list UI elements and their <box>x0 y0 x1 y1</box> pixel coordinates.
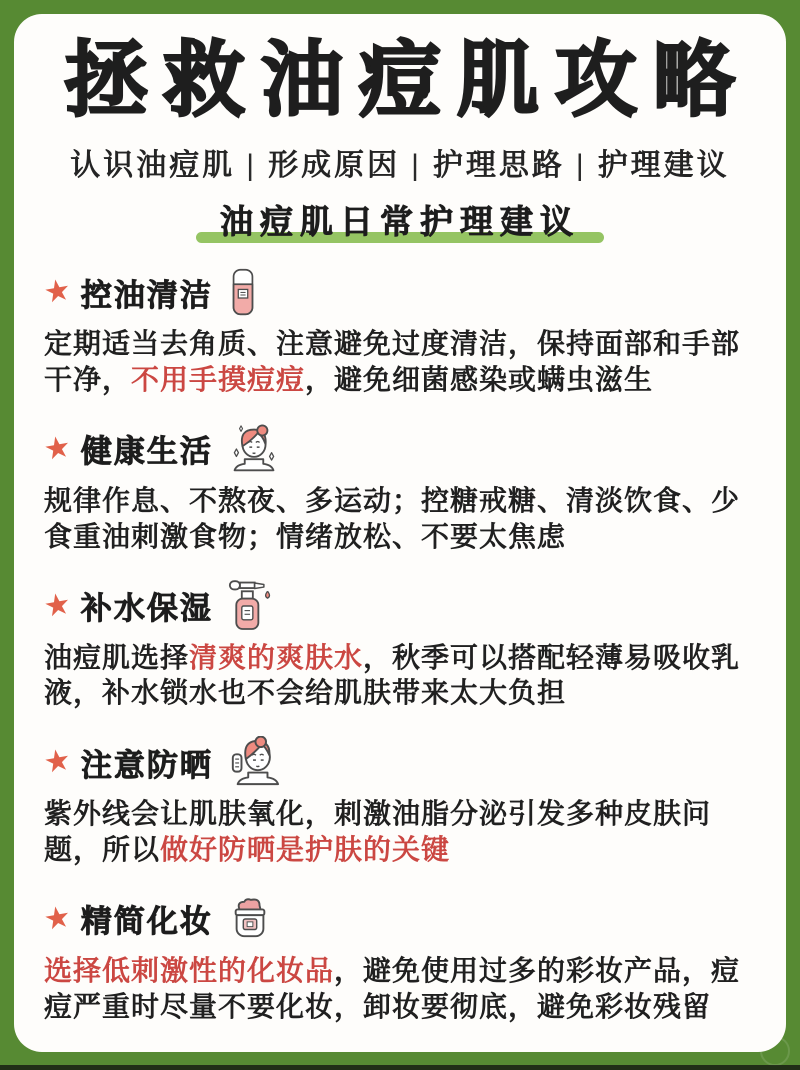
section-healthy-life: ★ 健康生活 <box>44 424 756 555</box>
subtitle-item: 形成原因 <box>268 149 400 182</box>
section-body: 定期适当去角质、注意避免过度清洁，保持面部和手部干净，不用手摸痘痘，避免细菌感染… <box>44 326 756 398</box>
banner-text: 油痘肌日常护理建议 <box>220 203 580 240</box>
subtitle-item: 护理建议 <box>598 149 730 182</box>
section-hydration-moisturizing: ★ 补水保湿 油痘肌选择清 <box>44 581 756 712</box>
section-header-row: ★ 补水保湿 <box>44 581 756 631</box>
subtitle-item: 认识油痘肌 <box>70 149 235 182</box>
body-text-segment: 清爽的爽肤水 <box>189 642 363 673</box>
star-icon: ★ <box>42 589 74 623</box>
section-title: 补水保湿 <box>81 583 213 628</box>
section-title: 注意防晒 <box>81 740 213 785</box>
dropper-bottle-icon <box>228 579 274 633</box>
section-minimal-makeup: ★ 精简化妆 选择低刺激性的化妆品，避免使用过多的彩妆产品，痘痘严重时尽量不要化… <box>44 894 756 1025</box>
section-oil-control-cleansing: ★ 控油清洁 定期适当去角质、注意避免过度清洁，保持面部和手部干净，不用手摸痘痘… <box>44 267 756 398</box>
subtitle-item: 护理思路 <box>433 149 565 182</box>
banner-row: 油痘肌日常护理建议 <box>30 196 770 243</box>
cream-jar-icon <box>228 897 272 941</box>
separator-bar: | <box>235 149 268 182</box>
section-body: 选择低刺激性的化妆品，避免使用过多的彩妆产品，痘痘严重时尽量不要化妆，卸妆要彻底… <box>44 953 756 1025</box>
section-sun-protection: ★ 注意防晒 <box>44 737 756 868</box>
section-header-row: ★ 健康生活 <box>44 424 756 474</box>
body-text-segment: 选择低刺激性的化妆品 <box>44 955 334 986</box>
body-text-segment: 做好防晒是护肤的关键 <box>160 834 450 865</box>
page-title: 拯救油痘肌攻略 <box>30 34 770 128</box>
body-text-segment: 规律作息、不熬夜、多运动；控糖戒糖、清淡饮食、少食重油刺激食物；情绪放松、不要太… <box>44 485 740 552</box>
star-icon: ★ <box>42 432 74 466</box>
section-body: 规律作息、不熬夜、多运动；控糖戒糖、清淡饮食、少食重油刺激食物；情绪放松、不要太… <box>44 483 756 555</box>
section-header-row: ★ 精简化妆 <box>44 894 756 944</box>
subtitle: 认识油痘肌|形成原因|护理思路|护理建议 <box>30 140 770 184</box>
star-icon: ★ <box>42 275 74 309</box>
section-header-row: ★ 控油清洁 <box>44 267 756 317</box>
section-title: 健康生活 <box>81 426 213 471</box>
separator-bar: | <box>565 149 598 182</box>
watermark-circle <box>760 1036 790 1066</box>
sunscreen-woman-icon <box>228 736 280 788</box>
woman-face-sparkle-icon <box>228 424 280 474</box>
section-body: 紫外线会让肌肤氧化，刺激油脂分泌引发多种皮肤问题，所以做好防晒是护肤的关键 <box>44 796 756 868</box>
star-icon: ★ <box>42 745 74 779</box>
body-text-segment: 不用手摸痘痘 <box>131 364 305 395</box>
cleanser-bottle-icon <box>228 268 258 316</box>
section-title: 精简化妆 <box>81 896 213 941</box>
body-text-segment: ，避免细菌感染或螨虫滋生 <box>305 364 653 395</box>
separator-bar: | <box>400 149 433 182</box>
poster-card: 拯救油痘肌攻略 认识油痘肌|形成原因|护理思路|护理建议 油痘肌日常护理建议 ★… <box>14 14 786 1052</box>
body-text-segment: 油痘肌选择 <box>44 642 189 673</box>
section-banner: 油痘肌日常护理建议 <box>204 196 596 243</box>
section-header-row: ★ 注意防晒 <box>44 737 756 787</box>
section-body: 油痘肌选择清爽的爽肤水，秋季可以搭配轻薄易吸收乳液，补水锁水也不会给肌肤带来太大… <box>44 640 756 712</box>
bottom-edge <box>0 1065 800 1070</box>
section-title: 控油清洁 <box>81 270 213 315</box>
poster: 拯救油痘肌攻略 认识油痘肌|形成原因|护理思路|护理建议 油痘肌日常护理建议 ★… <box>0 0 800 1070</box>
star-icon: ★ <box>42 902 74 936</box>
